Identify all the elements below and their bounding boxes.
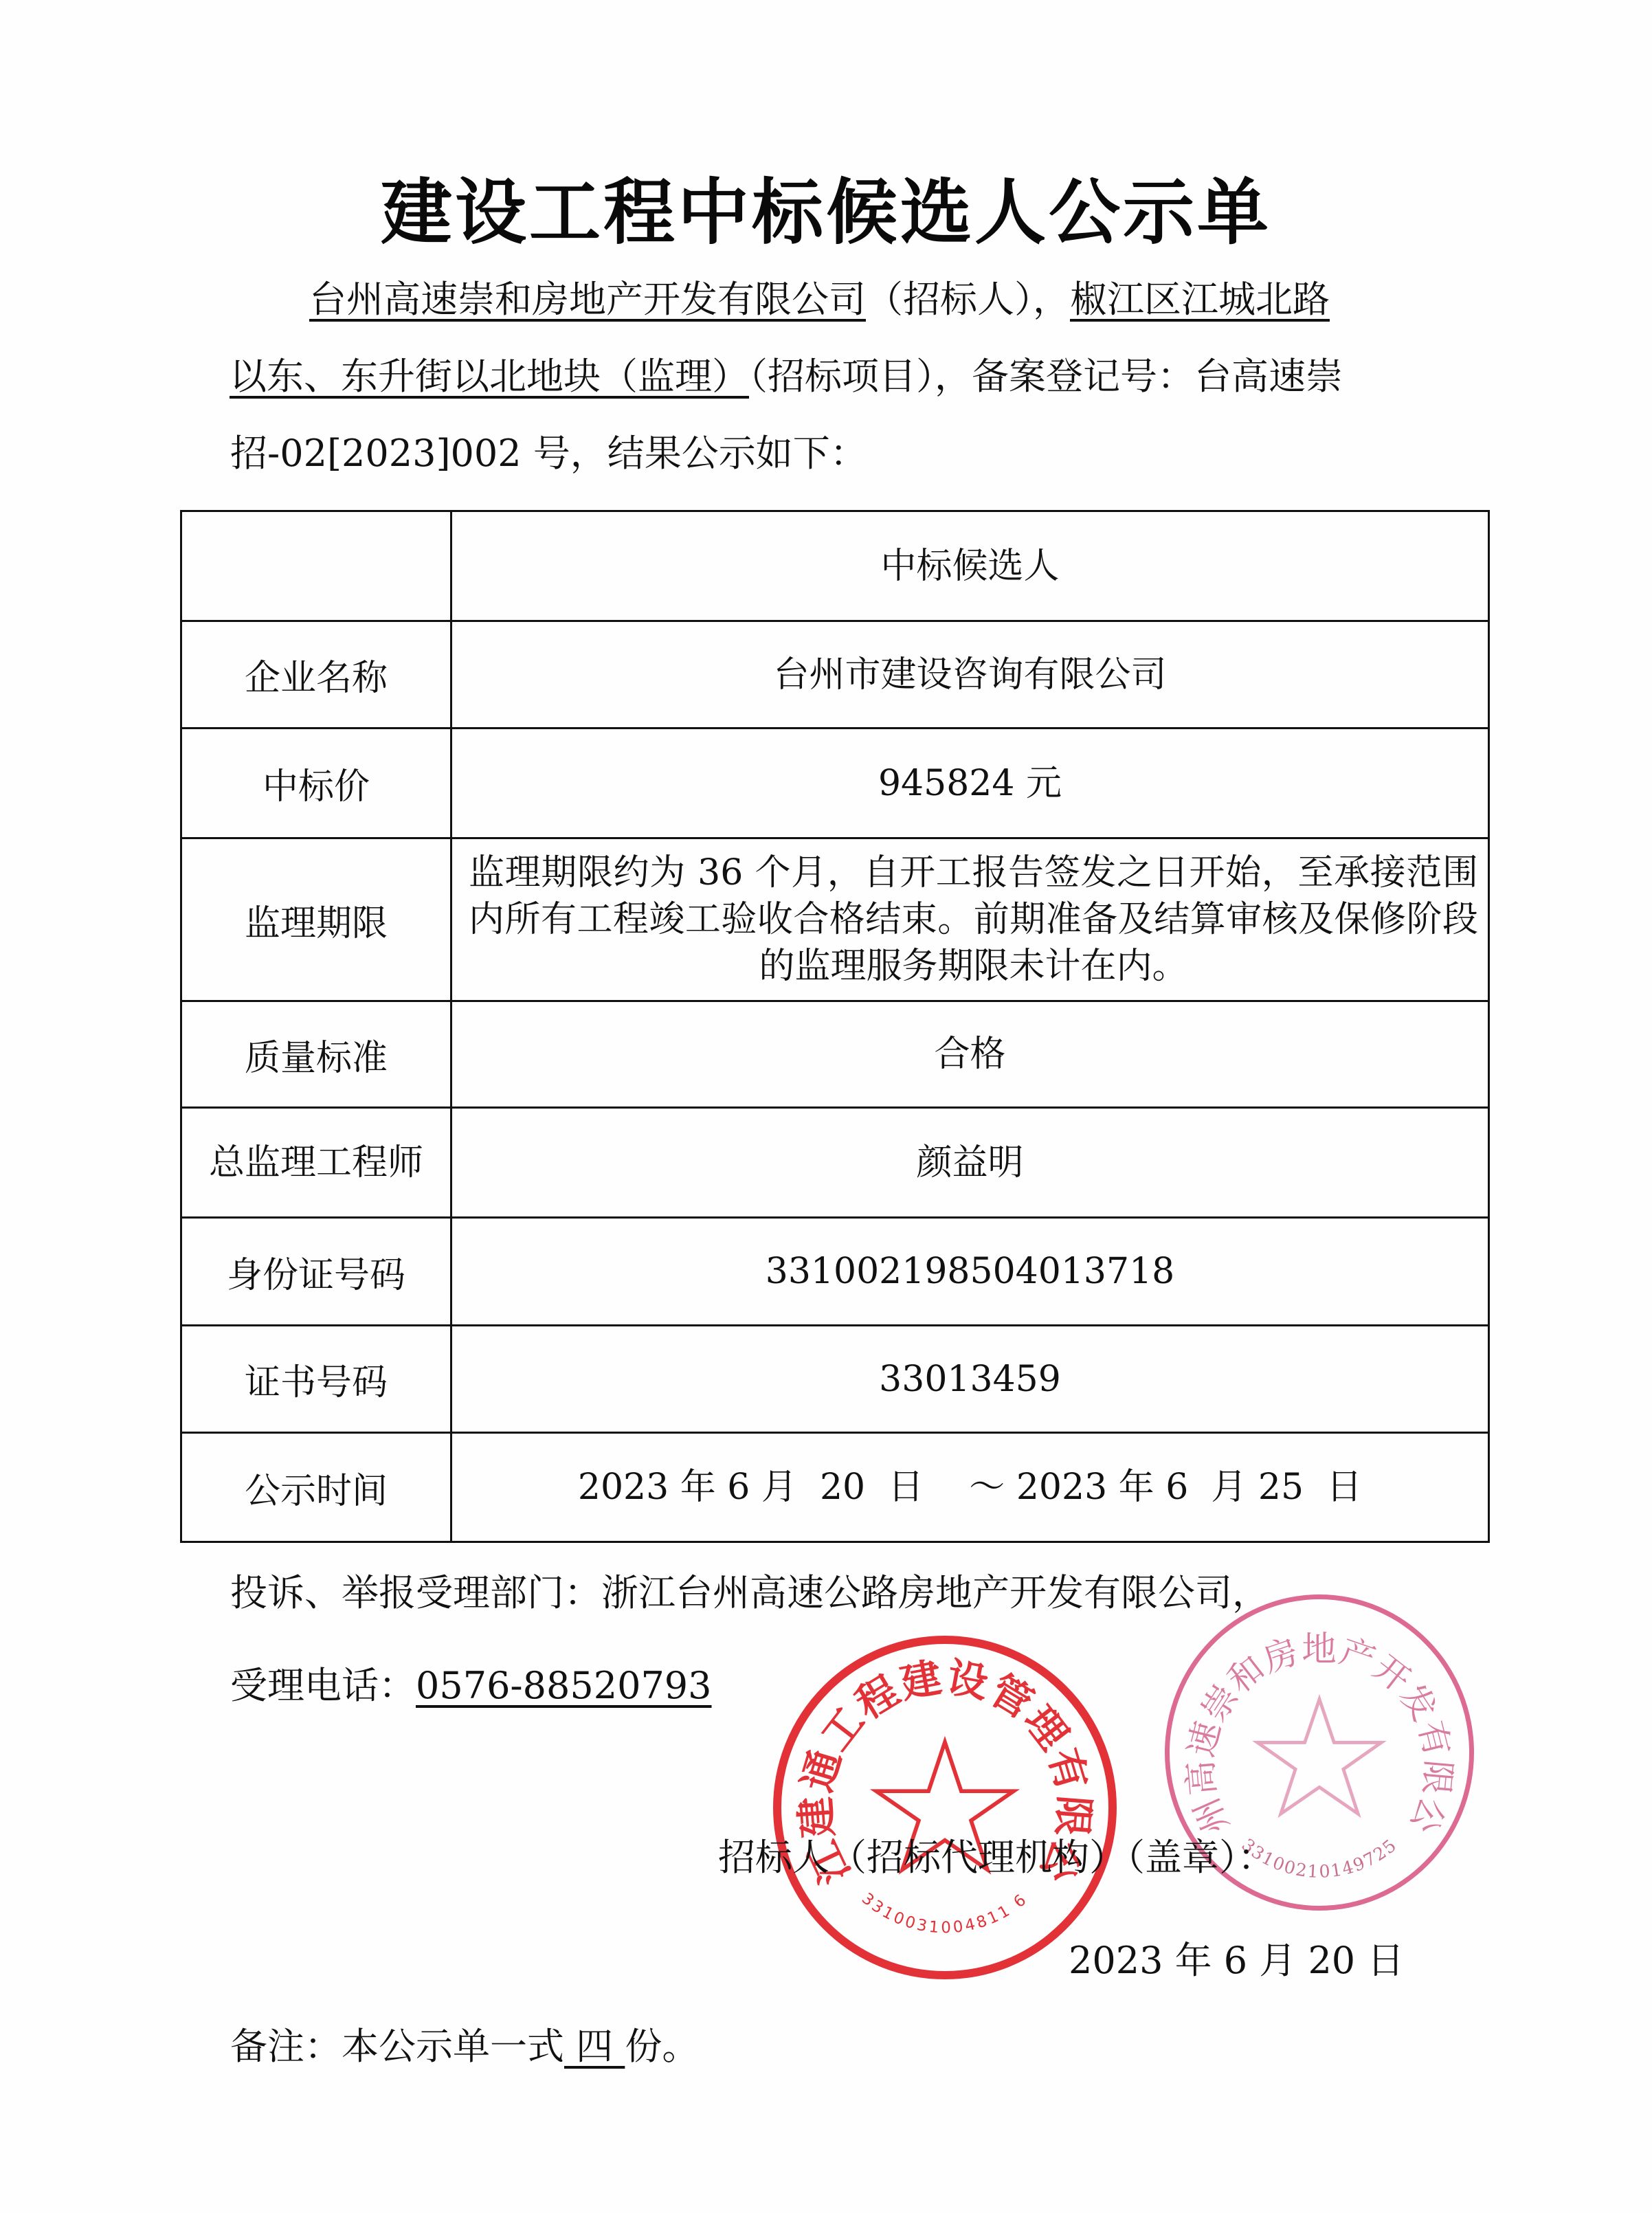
- complaint-line: 投诉、举报受理部门：浙江台州高速公路房地产开发有限公司，: [230, 1564, 1269, 1616]
- row-label: 身份证号码: [181, 1218, 451, 1326]
- row-value: 监理期限约为 36 个月，自开工报告签发之日开始，至承接范围内所有工程竣工验收合…: [451, 838, 1489, 1001]
- svg-text:3310031004811 6: 3310031004811 6: [858, 1890, 1031, 1937]
- row-label: 公示时间: [181, 1433, 451, 1542]
- row-value: 台州市建设咨询有限公司: [451, 621, 1489, 729]
- row-label: 质量标准: [181, 1001, 451, 1108]
- table-row: 监理期限 监理期限约为 36 个月，自开工报告签发之日开始，至承接范围内所有工程…: [181, 838, 1489, 1001]
- seal-code: 3310031004811 6: [858, 1890, 1031, 1937]
- row-value: 331002198504013718: [451, 1218, 1489, 1326]
- footnote: 备注：本公示单一式 四 份。: [230, 2017, 699, 2070]
- row-label: 总监理工程师: [181, 1108, 451, 1218]
- signature-label: 招标人（招标代理机构）（盖章）：: [718, 1828, 1275, 1881]
- table-header-empty: [181, 511, 451, 621]
- note-copies: 四: [564, 2025, 625, 2068]
- star-icon: [1258, 1699, 1381, 1814]
- phone-number: 0576-88520793: [416, 1664, 712, 1707]
- tenderer-role: （招标人），: [866, 278, 1070, 321]
- project-role: （招标项目），备案登记号：台高速崇: [749, 355, 1343, 398]
- document-page: 建设工程中标候选人公示单 台州高速崇和房地产开发有限公司（招标人），椒江区江城北…: [0, 0, 1652, 2213]
- table-row: 总监理工程师 颜益明: [181, 1108, 1489, 1218]
- row-label: 企业名称: [181, 621, 451, 729]
- row-value: 33013459: [451, 1326, 1489, 1433]
- note-suffix: 份。: [625, 2025, 699, 2068]
- table-row: 公示时间 2023 年 6 月 20 日 ～ 2023 年 6 月 25 日: [181, 1433, 1489, 1542]
- table-row: 中标价 945824 元: [181, 729, 1489, 838]
- table-row: 身份证号码 331002198504013718: [181, 1218, 1489, 1326]
- registration-number: 招-02[2023]002 号，结果公示如下：: [230, 432, 867, 475]
- table-header-label: 中标候选人: [451, 511, 1489, 621]
- seal-graphic: 浙江建通工程建设管理有限公司 3310031004811 6: [781, 1644, 1108, 1971]
- row-value: 合格: [451, 1001, 1489, 1108]
- phone-label: 受理电话：: [230, 1664, 416, 1707]
- project-name-part1: 椒江区江城北路: [1070, 278, 1330, 321]
- page-title: 建设工程中标候选人公示单: [0, 155, 1652, 258]
- table-row: 企业名称 台州市建设咨询有限公司: [181, 621, 1489, 729]
- svg-text:台州高速崇和房地产开发有限公司: 台州高速崇和房地产开发有限公司: [1152, 1567, 1459, 1840]
- table-row: 证书号码 33013459: [181, 1326, 1489, 1433]
- note-prefix: 备注：本公示单一式: [230, 2025, 564, 2068]
- table-row: 质量标准 合格: [181, 1001, 1489, 1108]
- agency-seal-stamp: 浙江建通工程建设管理有限公司 3310031004811 6: [773, 1636, 1117, 1979]
- row-label: 证书号码: [181, 1326, 451, 1433]
- seal-name: 台州高速崇和房地产开发有限公司: [1152, 1567, 1459, 1840]
- tenderer-name: 台州高速崇和房地产开发有限公司: [309, 278, 866, 321]
- phone-line: 受理电话：0576-88520793: [230, 1656, 712, 1709]
- intro-paragraph: 台州高速崇和房地产开发有限公司（招标人），椒江区江城北路 以东、东升街以北地块（…: [230, 261, 1447, 492]
- row-value: 2023 年 6 月 20 日 ～ 2023 年 6 月 25 日: [451, 1433, 1489, 1542]
- row-label: 中标价: [181, 729, 451, 838]
- complaint-label: 投诉、举报受理部门：: [230, 1571, 601, 1614]
- candidate-table: 中标候选人 企业名称 台州市建设咨询有限公司 中标价 945824 元 监理期限…: [180, 510, 1490, 1543]
- row-value: 颜益明: [451, 1108, 1489, 1218]
- table-header-row: 中标候选人: [181, 511, 1489, 621]
- row-value: 945824 元: [451, 729, 1489, 838]
- project-name-part2: 以东、东升街以北地块（监理）: [230, 355, 749, 398]
- signature-date: 2023 年 6 月 20 日: [1069, 1931, 1404, 1984]
- row-label: 监理期限: [181, 838, 451, 1001]
